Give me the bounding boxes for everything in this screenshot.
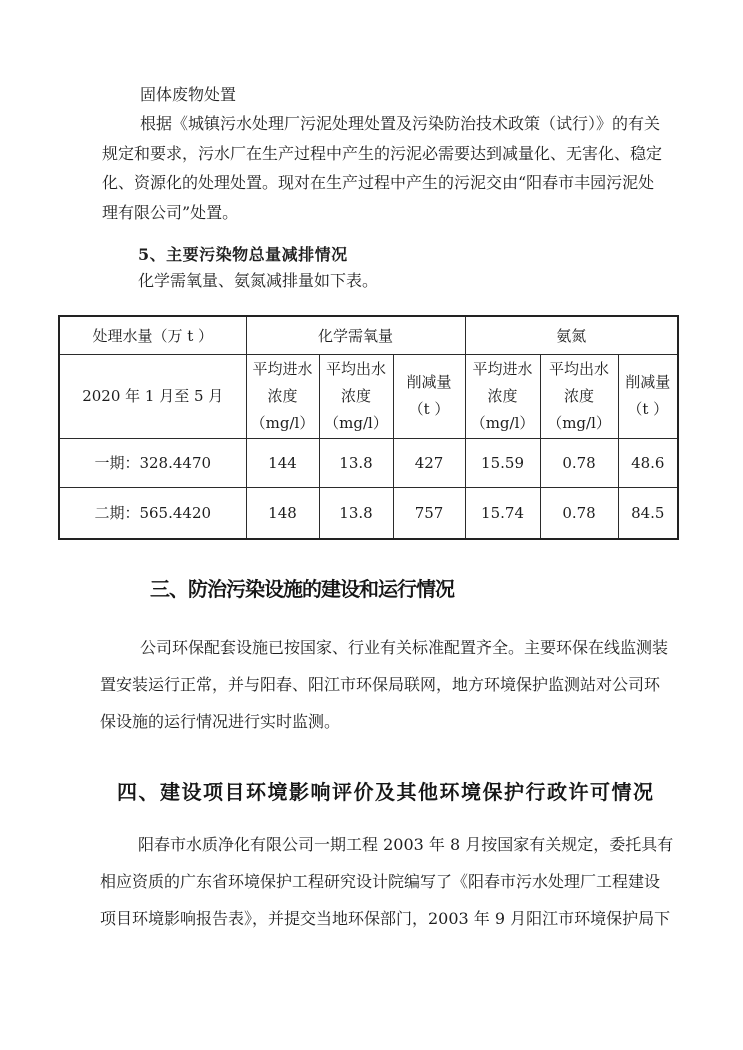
table-intro-text: 化学需氧量、氨氮减排量如下表。: [138, 271, 378, 291]
phase2-nh3-in: 15.74: [465, 487, 540, 539]
emission-reduction-table: 处理水量（万 t ） 化学需氧量 氨氮 2020 年 1 月至 5 月 平均进水…: [58, 315, 679, 540]
header-nh3-group: 氨氮: [465, 316, 678, 354]
header-nh3-reduction: 削减量 （t ）: [618, 354, 678, 438]
section4-heading: 四、建设项目环境影响评价及其他环境保护行政许可情况: [117, 779, 655, 805]
document-page: 固体废物处置 根据《城镇污水处理厂污泥处理处置及污染防治技术政策（试行）》的有关…: [0, 0, 743, 1050]
header-cod-avg-outflow: 平均出水 浓度 （mg/l）: [319, 354, 393, 438]
phase1-nh3-reduction: 48.6: [618, 438, 678, 487]
phase1-cod-reduction: 427: [393, 438, 465, 487]
table-row-phase2: 二期：565.4420 148 13.8 757 15.74 0.78 84.5: [59, 487, 678, 539]
sludge-paragraph-line-2: 规定和要求，污水厂在生产过程中产生的污泥必需要达到减量化、无害化、稳定: [102, 144, 662, 164]
phase2-label: 二期：565.4420: [59, 487, 246, 539]
header-cod-group: 化学需氧量: [246, 316, 465, 354]
phase2-nh3-out: 0.78: [540, 487, 618, 539]
table-header-detail-row: 2020 年 1 月至 5 月 平均进水 浓度 （mg/l） 平均出水 浓度 （…: [59, 354, 678, 438]
section3-heading: 三、防治污染设施的建设和运行情况: [150, 576, 454, 602]
phase1-nh3-out: 0.78: [540, 438, 618, 487]
section3-paragraph-line-1: 公司环保配套设施已按国家、行业有关标准配置齐全。主要环保在线监测装: [140, 638, 668, 658]
section5-subheading: 5、主要污染物总量减排情况: [138, 245, 348, 265]
section3-paragraph-line-2: 置安装运行正常，并与阳春、阳江市环保局联网，地方环境保护监测站对公司环: [100, 675, 660, 695]
section3-paragraph-line-3: 保设施的运行情况进行实时监测。: [100, 712, 340, 732]
phase2-cod-out: 13.8: [319, 487, 393, 539]
header-nh3-avg-outflow: 平均出水 浓度 （mg/l）: [540, 354, 618, 438]
phase1-cod-out: 13.8: [319, 438, 393, 487]
header-water-volume: 处理水量（万 t ）: [59, 316, 246, 354]
section4-paragraph-line-1: 阳春市水质净化有限公司一期工程 2003 年 8 月按国家有关规定，委托具有: [138, 835, 673, 855]
phase1-nh3-in: 15.59: [465, 438, 540, 487]
header-cod-avg-inflow: 平均进水 浓度 （mg/l）: [246, 354, 319, 438]
sludge-paragraph-line-1: 根据《城镇污水处理厂污泥处理处置及污染防治技术政策（试行）》的有关: [140, 114, 660, 134]
header-cod-reduction: 削减量 （t ）: [393, 354, 465, 438]
sludge-paragraph-line-4: 理有限公司”处置。: [102, 203, 238, 223]
table-header-group-row: 处理水量（万 t ） 化学需氧量 氨氮: [59, 316, 678, 354]
header-period: 2020 年 1 月至 5 月: [59, 354, 246, 438]
solid-waste-title: 固体废物处置: [140, 85, 236, 105]
phase2-nh3-reduction: 84.5: [618, 487, 678, 539]
phase2-cod-in: 148: [246, 487, 319, 539]
header-nh3-avg-inflow: 平均进水 浓度 （mg/l）: [465, 354, 540, 438]
section4-paragraph-line-2: 相应资质的广东省环境保护工程研究设计院编写了《阳春市污水处理厂工程建设: [100, 872, 660, 892]
section4-paragraph-line-3: 项目环境影响报告表》，并提交当地环保部门，2003 年 9 月阳江市环境保护局下: [100, 909, 670, 929]
sludge-paragraph-line-3: 化、资源化的处理处置。现对在生产过程中产生的污泥交由“阳春市丰园污泥处: [102, 173, 654, 193]
phase2-cod-reduction: 757: [393, 487, 465, 539]
table-row-phase1: 一期：328.4470 144 13.8 427 15.59 0.78 48.6: [59, 438, 678, 487]
phase1-cod-in: 144: [246, 438, 319, 487]
phase1-label: 一期：328.4470: [59, 438, 246, 487]
